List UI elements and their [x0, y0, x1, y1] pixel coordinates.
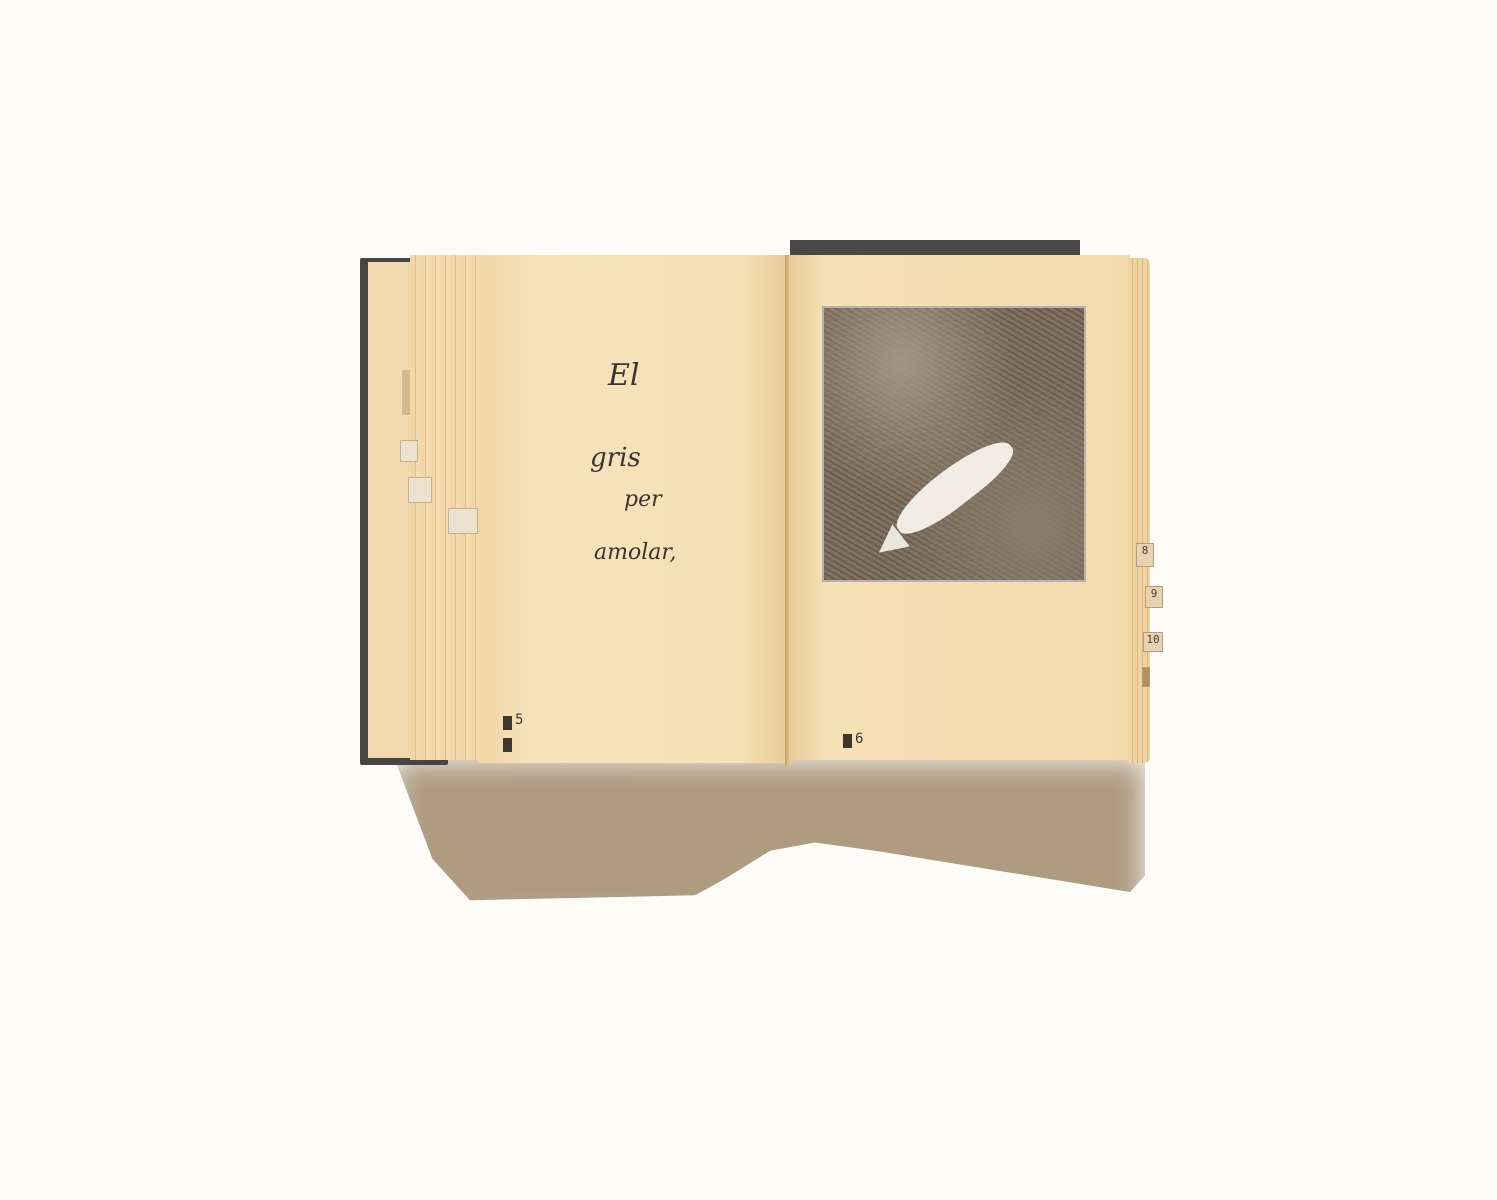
left-tab-1 — [400, 440, 418, 462]
page-tab-11[interactable] — [1142, 667, 1150, 687]
left-page-number: 5 — [515, 712, 523, 728]
handwriting-line-1: El — [608, 358, 640, 393]
handwriting-line-4: amolar, — [594, 540, 676, 565]
stamp-e-icon — [503, 738, 512, 752]
left-tab-0 — [402, 370, 410, 415]
stamp-e-icon — [843, 734, 852, 748]
page-tab-8[interactable]: 8 — [1136, 543, 1154, 567]
book-gutter — [785, 255, 790, 765]
stamp-e-icon — [503, 716, 512, 730]
page-tab-9[interactable]: 9 — [1145, 586, 1163, 608]
water-texture — [824, 308, 1084, 580]
left-tab-2 — [408, 477, 432, 503]
handwriting-line-2: gris — [590, 443, 641, 473]
fish-photograph — [822, 306, 1086, 582]
left-tab-3 — [448, 508, 478, 534]
right-page-stack — [1128, 258, 1150, 763]
right-page-number: 6 — [855, 731, 863, 747]
handwriting-line-3: per — [624, 487, 662, 512]
page-tab-10[interactable]: 10 — [1143, 632, 1163, 652]
book-shadow — [395, 760, 1145, 925]
